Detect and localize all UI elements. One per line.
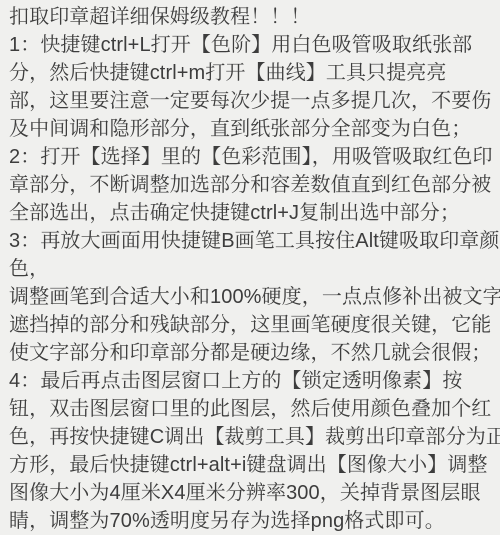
text-line-step1-4: 及中间调和隐形部分，直到纸张部分全部变为白色； (9, 115, 494, 143)
page-title: 扣取印章超详细保姆级教程！！！ (9, 3, 494, 31)
text-line-step1-2: 分，然后快捷键ctrl+m打开【曲线】工具只提亮亮 (9, 59, 494, 87)
text-line-step3-5: 使文字部分和印章部分都是硬边缘，不然几就会很假； (9, 339, 494, 367)
text-line-step1-1: 1：快捷键ctrl+L打开【色阶】用白色吸管吸取纸张部 (9, 31, 494, 59)
text-line-step1-3: 部，这里要注意一定要每次少提一点多提几次，不要伤 (9, 87, 494, 115)
text-line-step2-1: 2：打开【选择】里的【色彩范围】，用吸管吸取红色印 (9, 143, 494, 171)
text-line-step2-2: 章部分，不断调整加选部分和容差数值直到红色部分被 (9, 171, 494, 199)
text-line-step3-3: 调整画笔到合适大小和100%硬度，一点点修补出被文字 (9, 283, 494, 311)
text-line-step3-4: 遮挡掉的部分和残缺部分，这里画笔硬度很关键，它能 (9, 311, 494, 339)
tutorial-text-block: 扣取印章超详细保姆级教程！！！ 1：快捷键ctrl+L打开【色阶】用白色吸管吸取… (0, 0, 500, 535)
text-line-step4-1: 4：最后再点击图层窗口上方的【锁定透明像素】按 (9, 367, 494, 395)
text-line-step4-4: 方形，最后快捷键ctrl+alt+i键盘调出【图像大小】调整 (9, 451, 494, 479)
text-line-step4-3: 色，再按快捷键C调出【裁剪工具】裁剪出印章部分为正 (9, 423, 494, 451)
text-line-step4-5: 图像大小为4厘米X4厘米分辨率300，关掉背景图层眼 (9, 479, 494, 507)
text-line-step3-1: 3：再放大画面用快捷键B画笔工具按住Alt键吸取印章颜 (9, 227, 494, 255)
text-line-step2-3: 全部选出，点击确定快捷键ctrl+J复制出选中部分； (9, 199, 494, 227)
text-line-step3-2: 色， (9, 255, 494, 283)
text-line-step4-6: 睛，调整为70%透明度另存为选择png格式即可。 (9, 507, 494, 535)
text-line-step4-2: 钮，双击图层窗口里的此图层，然后使用颜色叠加个红 (9, 395, 494, 423)
